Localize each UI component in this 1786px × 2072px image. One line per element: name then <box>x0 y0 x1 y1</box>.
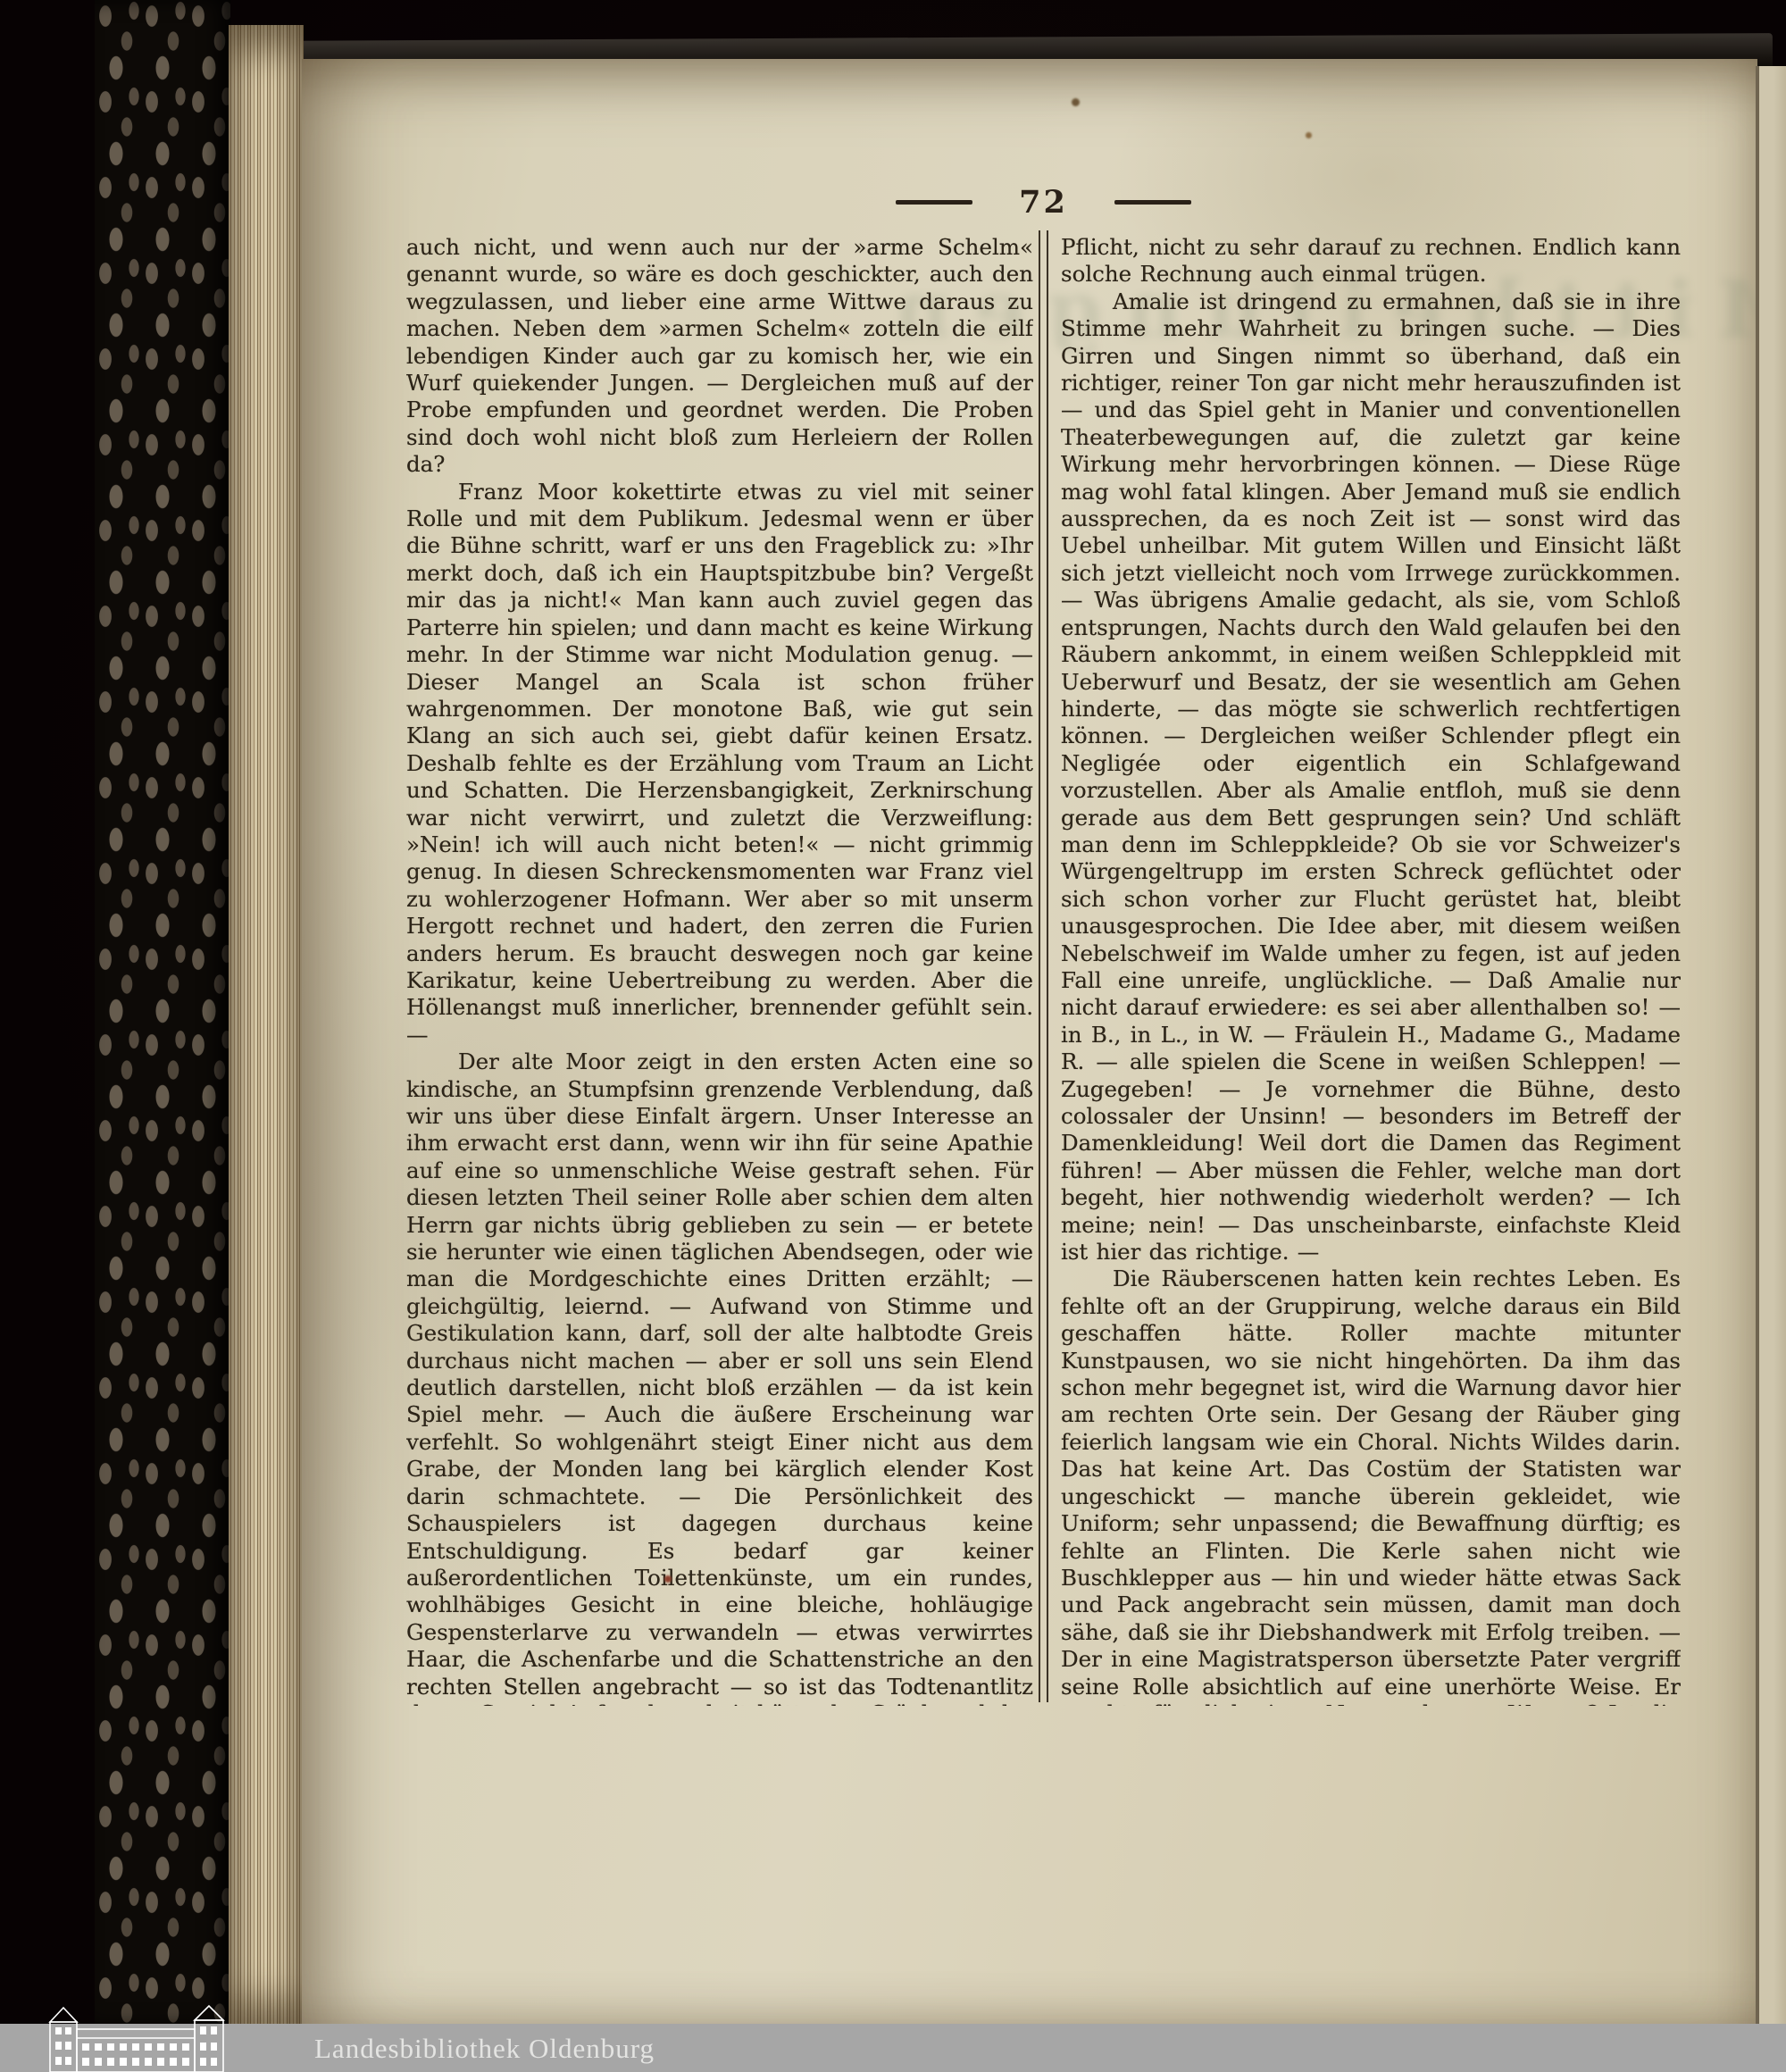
text-column-right: Pflicht, nicht zu sehr darauf zu rechnen… <box>1061 234 1681 1706</box>
foxing-spot <box>1072 98 1080 106</box>
paragraph: auch nicht, und wenn auch nur der »arme … <box>406 234 1033 479</box>
library-building-icon <box>45 2002 259 2072</box>
page-number: 72 <box>1019 184 1068 221</box>
paragraph: Die Räuberscenen hatten kein rechtes Leb… <box>1061 1266 1681 1706</box>
facing-page-edge <box>1756 66 1786 2026</box>
scanner-footer-band <box>0 2024 1786 2072</box>
paragraph: Pflicht, nicht zu sehr darauf zu rechnen… <box>1061 234 1681 288</box>
column-divider-rule <box>1039 230 1048 1702</box>
foxing-spot <box>664 1575 672 1583</box>
header-rule-left <box>896 200 972 205</box>
paragraph: Amalie ist dringend zu ermahnen, daß sie… <box>1061 288 1681 1266</box>
library-name-label: Landesbibliothek Oldenburg <box>314 2033 655 2065</box>
foxing-spot <box>1306 132 1312 138</box>
paragraph: Franz Moor kokettirte etwas zu viel mit … <box>406 479 1033 1049</box>
paragraph: Der alte Moor zeigt in den ersten Acten … <box>406 1049 1033 1706</box>
header-rule-right <box>1114 200 1191 205</box>
text-column-left: auch nicht, und wenn auch nur der »arme … <box>406 234 1033 1706</box>
page-header: 72 <box>406 181 1681 222</box>
book-cover-marbled-edge <box>95 0 230 2026</box>
page-stack-fore-edge <box>229 25 304 2026</box>
